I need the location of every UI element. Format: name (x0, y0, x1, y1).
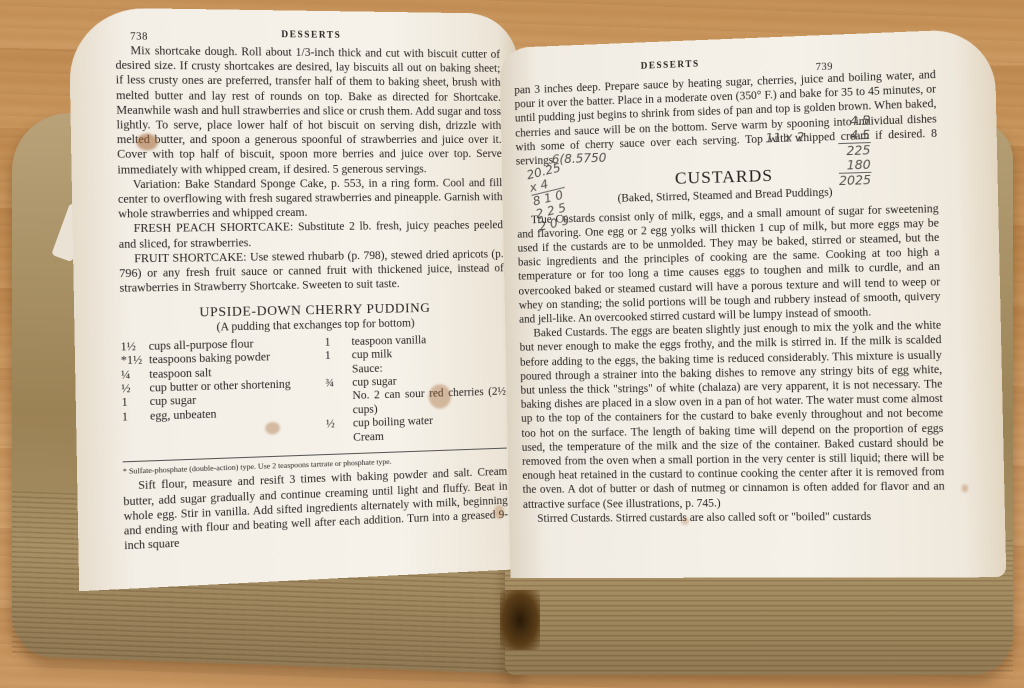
ingredient-column-left: 1½cups all-purpose flour *1½teaspoons ba… (121, 337, 312, 453)
recipe-method: Sift flour, measure and resift 3 times w… (123, 465, 508, 554)
item: cup milk (352, 348, 393, 363)
paragraph: Mix shortcake dough. Roll about 1/3-inch… (115, 44, 502, 178)
ingredient-column-right: 1teaspoon vanilla 1cup milk Sauce: ¾cup … (325, 332, 507, 446)
qty: ½ (121, 382, 149, 397)
page-number-left: 738 (130, 31, 148, 43)
stain (681, 517, 689, 525)
paragraph: Stirred Custards. Stirred custards are a… (523, 509, 945, 526)
qty (325, 363, 352, 377)
book-spine-gap (500, 590, 540, 650)
paragraph: Baked Custards. The eggs are beaten slig… (519, 319, 945, 512)
qty: ¾ (325, 377, 352, 391)
pencil-calculation-right: 4.5 4.5 225 180 2025 (838, 113, 872, 188)
right-page: DESSERTS 739 pan 3 inches deep. Prepare … (499, 28, 1006, 578)
paragraph: FRUIT SHORTCAKE: Use stewed rhubarb (p. … (119, 247, 504, 296)
item: cup sugar (352, 375, 396, 390)
stain (962, 484, 969, 492)
item: cup boiling water (353, 415, 433, 431)
item: Cream (353, 430, 384, 445)
qty: 1 (122, 410, 150, 425)
paragraph: Variation: Bake Standard Sponge Cake, p.… (118, 176, 503, 222)
stain (136, 134, 158, 151)
qty: ½ (326, 418, 353, 433)
paragraph: True Custards consist only of milk, eggs… (517, 201, 941, 327)
item: cup sugar (150, 395, 197, 410)
left-page: 738 DESSERTS Mix shortcake dough. Roll a… (69, 7, 527, 591)
qty: 1 (122, 396, 150, 411)
ingredient-row: No. 2 can sour red cherries (2½ cups) (326, 386, 507, 419)
item: teaspoon vanilla (351, 334, 426, 349)
item: Sauce: (352, 362, 383, 376)
qty: 1 (325, 349, 352, 363)
qty: 1½ (121, 340, 149, 355)
right-page-text: pan 3 inches deep. Prepare sauce by heat… (514, 68, 945, 526)
pencil-line: 4.5 (838, 128, 870, 143)
pencil-line: 180 (839, 157, 871, 172)
pencil-line: 225 (838, 142, 870, 158)
running-head-left: DESSERTS (281, 29, 341, 40)
pencil-note-top-left: 6(8.5750 (552, 151, 607, 167)
qty (326, 390, 353, 418)
pencil-line: 2025 (839, 172, 871, 188)
open-cookbook: 738 DESSERTS Mix shortcake dough. Roll a… (0, 0, 1024, 688)
pencil-line: 4.5 (838, 113, 870, 128)
qty: *1½ (121, 354, 149, 369)
running-head-right: DESSERTS (641, 58, 700, 70)
item: egg, unbeaten (150, 408, 217, 424)
qty (326, 431, 353, 446)
left-page-text: Mix shortcake dough. Roll about 1/3-inch… (115, 44, 508, 554)
pencil-note-servings: 11 x 2 (765, 130, 804, 146)
qty: 1 (325, 336, 352, 350)
qty: ¼ (121, 368, 149, 383)
